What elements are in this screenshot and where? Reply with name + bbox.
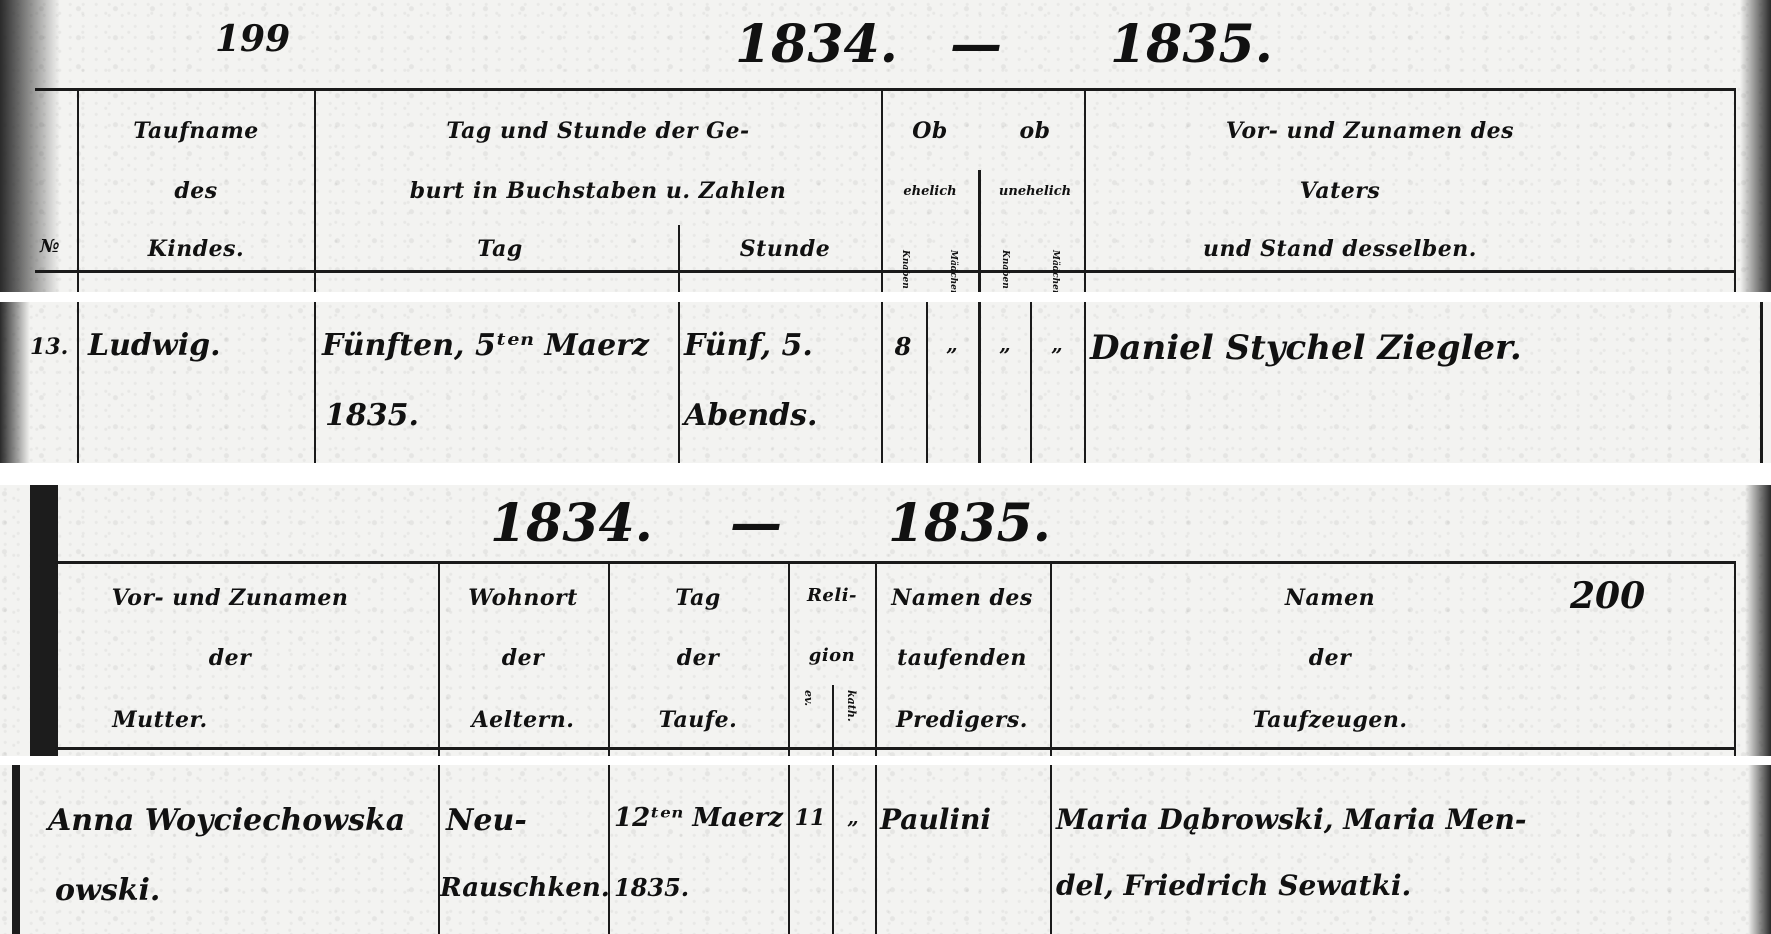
header-child-name-3: Kindes. [148,236,244,262]
header-father-3: und Stand desselben. [1203,236,1477,262]
right-page-entry-strip: Anna Woyciechowska owski. Neu- Rauschken… [0,765,1771,934]
entry-godparents-line1: Maria Dąbrowski, Maria Men- [1056,803,1526,836]
header-religion-ev: ev. [802,690,815,706]
header-legitimacy-2: ob [1019,118,1050,144]
header-birth-2: burt in Buchstaben u. Zahlen [410,178,787,204]
entry-legit-girls: „ [946,332,958,356]
binding-line [12,765,20,934]
table-top-rule [35,88,1735,91]
column-divider [77,88,79,292]
entry-legit-boys: 8 [895,332,912,361]
header-religion-1: Reli- [807,585,857,606]
header-unehelich: unehelich [999,184,1071,199]
header-sex-sub: Mädchen [948,250,958,292]
entry-residence-line2: Rauschken. [440,873,610,903]
page-edge-shadow [1740,0,1771,292]
entry-religion-ev: 11 [795,805,826,831]
entry-mother-line2: owski. [55,873,160,908]
column-divider [832,765,834,934]
column-divider [608,765,610,934]
header-preacher-1: Namen des [891,585,1033,611]
year-separator: — [730,493,782,554]
header-godparents-2: der [1309,645,1351,671]
column-divider [1084,302,1086,463]
year-end: 1835. [1110,14,1273,75]
column-divider [678,302,680,463]
page-edge-shadow [1745,485,1771,756]
header-birth-hour: Stunde [740,236,830,262]
header-birth-1: Tag und Stunde der Ge- [446,118,749,144]
entry-birth-hour-line1: Fünf, 5. [684,328,813,363]
header-sex-sub: Mädchen [1050,250,1060,292]
header-baptism-date-2: der [677,645,719,671]
entry-birth-day-line1: Fünften, 5ᵗᵉⁿ Maerz [322,328,649,363]
page-edge-shadow [0,302,30,463]
column-divider [314,88,316,292]
header-bottom-rule [55,747,1735,750]
column-divider [77,302,79,463]
column-divider [1030,302,1032,463]
right-page-header-strip: 1834. — 1835. 200 Vor- und Zunamen der M… [0,485,1771,756]
header-religion-kath: kath. [845,690,858,722]
column-divider [1734,561,1736,756]
column-divider [788,765,790,934]
page-number: 200 [1570,575,1645,617]
year-start: 1834. [490,493,653,554]
column-divider [314,302,316,463]
column-divider [978,170,981,292]
entry-birth-day-line2: 1835. [325,398,419,433]
column-divider [881,88,883,292]
entry-illegit-girls: „ [1051,332,1063,356]
header-godparents-3: Taufzeugen. [1253,707,1408,733]
header-preacher-3: Predigers. [896,707,1028,733]
entry-father: Daniel Stychel Ziegler. [1090,328,1522,368]
page-edge-shadow [1748,765,1771,934]
left-page-entry-strip: 13. Ludwig. Fünften, 5ᵗᵉⁿ Maerz 1835. Fü… [0,302,1771,463]
header-child-name-2: des [174,178,217,204]
entry-birth-hour-line2: Abends. [684,398,817,433]
header-legitimacy-1: Ob [912,118,948,144]
table-top-rule [55,561,1735,564]
header-sex-sub: Knaben [900,250,910,289]
entry-mother-line1: Anna Woyciechowska [48,803,405,838]
header-mother-1: Vor- und Zunamen [112,585,349,611]
column-divider [438,765,440,934]
header-baptism-date-3: Taufe. [659,707,738,733]
header-baptism-date-1: Tag [675,585,720,611]
header-child-name-1: Taufname [133,118,259,144]
binding-shadow [30,485,58,756]
header-sex-sub: Knaben [1000,250,1010,289]
column-divider [1050,561,1052,756]
column-divider [1734,88,1736,292]
column-divider [1050,765,1052,934]
header-mother-2: der [209,645,251,671]
header-religion-2: gion [809,645,856,666]
column-divider [678,225,680,292]
page-number: 199 [215,18,290,60]
entry-preacher: Paulini [880,803,991,836]
header-bottom-rule [35,270,1735,273]
column-divider [926,302,928,463]
entry-number: 13. [30,334,68,360]
column-divider [875,765,877,934]
header-preacher-2: taufenden [897,645,1027,671]
year-end: 1835. [888,493,1051,554]
column-divider [438,561,440,756]
entry-baptism-date-line2: 1835. [614,873,689,902]
left-page-header-strip: 199 1834. — 1835. № Taufname des Kindes.… [0,0,1771,292]
entry-child-name: Ludwig. [88,328,221,363]
header-number: № [40,236,60,257]
header-father-1: Vor- und Zunamen des [1226,118,1514,144]
year-separator: — [950,14,1002,75]
year-start: 1834. [735,14,898,75]
column-divider [608,561,610,756]
entry-residence-line1: Neu- [446,803,527,838]
header-ehelich: ehelich [903,184,956,199]
column-divider [978,302,981,463]
entry-godparents-line2: del, Friedrich Sewatki. [1056,869,1411,902]
header-father-2: Vaters [1300,178,1380,204]
column-divider [788,561,790,756]
header-residence-3: Aeltern. [472,707,575,733]
header-mother-3: Mutter. [112,707,207,733]
header-residence-1: Wohnort [468,585,578,611]
column-divider [1084,88,1086,292]
entry-illegit-boys: „ [999,332,1011,356]
header-residence-2: der [502,645,544,671]
entry-religion-kath: „ [847,805,859,829]
entry-baptism-date-line1: 12ᵗᵉⁿ Maerz [614,803,783,833]
header-birth-day: Tag [477,236,522,262]
column-divider [881,302,883,463]
column-divider [875,561,877,756]
column-divider [1760,302,1763,463]
column-divider [832,685,834,756]
header-godparents-1: Namen [1285,585,1375,611]
